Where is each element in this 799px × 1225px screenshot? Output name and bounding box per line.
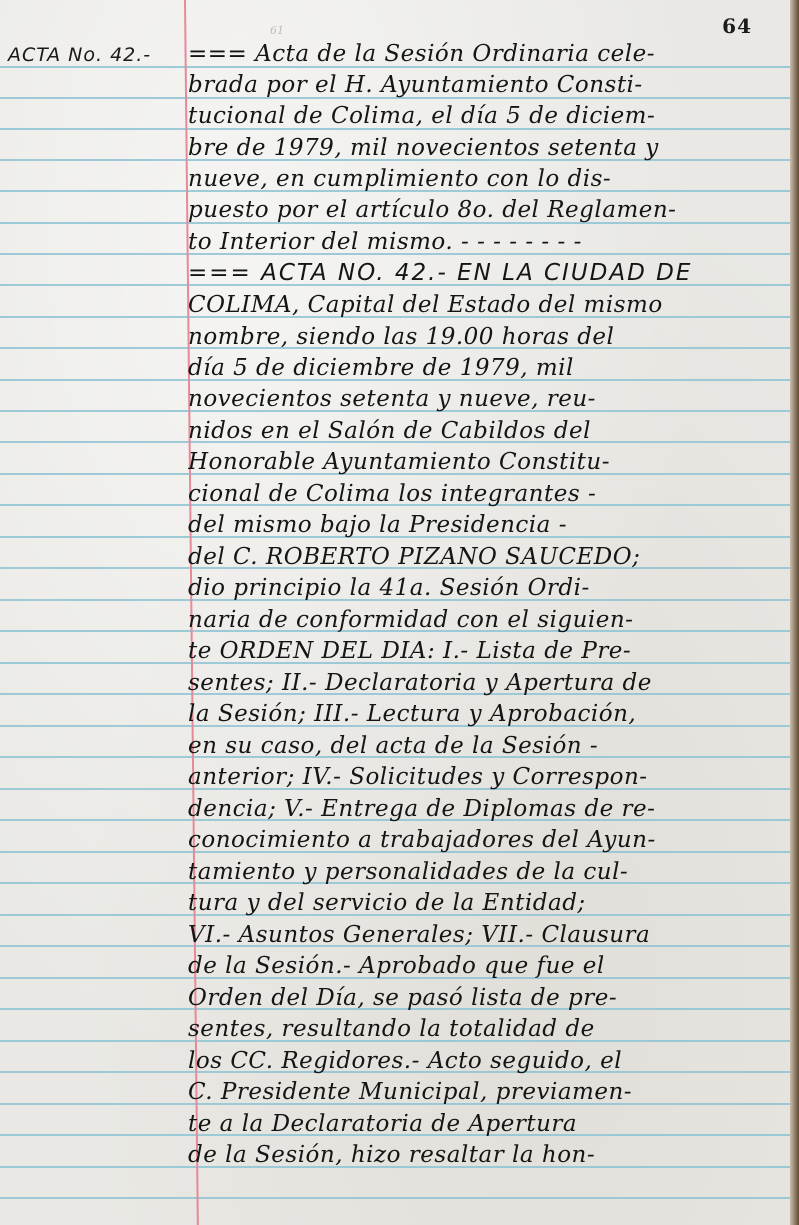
handwritten-line: brada por el H. Ayuntamiento Consti- <box>188 71 794 99</box>
handwritten-line: naria de conformidad con el siguien- <box>188 606 794 634</box>
handwritten-line: conocimiento a trabajadores del Ayun- <box>188 826 794 854</box>
handwritten-line: sentes; II.- Declaratoria y Apertura de <box>188 669 794 697</box>
handwritten-line: nueve, en cumplimiento con lo dis- <box>188 165 794 193</box>
handwritten-line: los CC. Regidores.- Acto seguido, el <box>188 1047 794 1075</box>
handwritten-line: del mismo bajo la Presidencia - <box>188 511 794 539</box>
handwritten-line: === ACTA NO. 42.- EN LA CIUDAD DE <box>188 259 794 287</box>
handwritten-line: nidos en el Salón de Cabildos del <box>188 417 794 445</box>
handwritten-line: de la Sesión, hizo resaltar la hon- <box>188 1141 794 1169</box>
handwritten-line: === Acta de la Sesión Ordinaria cele- <box>188 40 794 68</box>
handwritten-line: sentes, resultando la totalidad de <box>188 1015 794 1043</box>
page-number: 64 <box>722 14 752 38</box>
handwritten-line: te a la Declaratoria de Apertura <box>188 1110 794 1138</box>
handwritten-line: de la Sesión.- Aprobado que fue el <box>188 952 794 980</box>
handwritten-line: puesto por el artículo 8o. del Reglamen- <box>188 196 794 224</box>
handwritten-line: anterior; IV.- Solicitudes y Correspon- <box>188 763 794 791</box>
handwritten-line: bre de 1979, mil novecientos setenta y <box>188 134 794 162</box>
handwritten-line: día 5 de diciembre de 1979, mil <box>188 354 794 382</box>
handwritten-line: to Interior del mismo. - - - - - - - - <box>188 228 794 256</box>
handwritten-line: C. Presidente Municipal, previamen- <box>188 1078 794 1106</box>
handwritten-line: dencia; V.- Entrega de Diplomas de re- <box>188 795 794 823</box>
faint-pencil-mark: 61 <box>270 24 284 37</box>
handwritten-line: Orden del Día, se pasó lista de pre- <box>188 984 794 1012</box>
handwritten-line: te ORDEN DEL DIA: I.- Lista de Pre- <box>188 637 794 665</box>
page-edge <box>790 0 799 1225</box>
handwritten-line: tucional de Colima, el día 5 de diciem- <box>188 102 794 130</box>
handwritten-line: VI.- Asuntos Generales; VII.- Clausura <box>188 921 794 949</box>
handwritten-line: cional de Colima los integrantes - <box>188 480 794 508</box>
margin-heading-acta-number: ACTA No. 42.- <box>8 44 151 66</box>
handwritten-line: tura y del servicio de la Entidad; <box>188 889 794 917</box>
handwritten-line: COLIMA, Capital del Estado del mismo <box>188 291 794 319</box>
handwritten-line: en su caso, del acta de la Sesión - <box>188 732 794 760</box>
handwritten-line: tamiento y personalidades de la cul- <box>188 858 794 886</box>
handwritten-line: dio principio la 41a. Sesión Ordi- <box>188 574 794 602</box>
notebook-page: 61 64 ACTA No. 42.- === Acta de la Sesió… <box>0 0 790 1225</box>
handwritten-line: Honorable Ayuntamiento Constitu- <box>188 448 794 476</box>
handwritten-line: la Sesión; III.- Lectura y Aprobación, <box>188 700 794 728</box>
handwritten-line: nombre, siendo las 19.00 horas del <box>188 323 794 351</box>
handwritten-line: novecientos setenta y nueve, reu- <box>188 385 794 413</box>
handwritten-line: del C. ROBERTO PIZANO SAUCEDO; <box>188 543 794 571</box>
ruled-line <box>0 1197 790 1199</box>
